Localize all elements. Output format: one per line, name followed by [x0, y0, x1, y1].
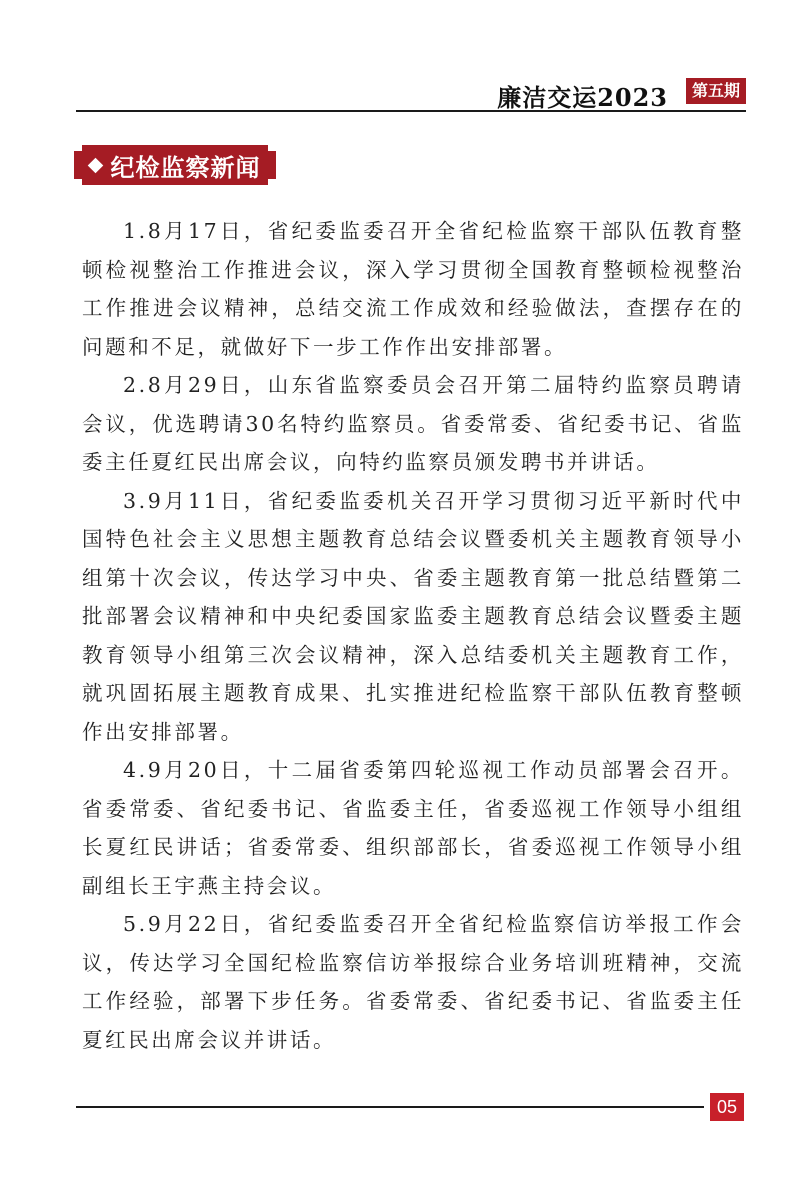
news-item: 3.9月11日，省纪委监委机关召开学习贯彻习近平新时代中国特色社会主义思想主题教…: [82, 482, 744, 752]
news-item: 4.9月20日，十二届省委第四轮巡视工作动员部署会召开。省委常委、省纪委书记、省…: [82, 751, 744, 905]
section-title: 纪检监察新闻: [111, 148, 261, 183]
news-item: 5.9月22日，省纪委监委召开全省纪检监察信访举报工作会议，传达学习全国纪检监察…: [82, 905, 744, 1059]
page-number: 05: [710, 1093, 744, 1121]
footer-divider: [76, 1106, 704, 1108]
magazine-title: 廉洁交运2023: [497, 78, 668, 113]
news-item: 2.8月29日，山东省监察委员会召开第二届特约监察员聘请会议，优选聘请30名特约…: [82, 366, 744, 482]
section-banner: 纪检监察新闻: [74, 145, 276, 185]
news-item: 1.8月17日，省纪委监委召开全省纪检监察干部队伍教育整顿检视整治工作推进会议，…: [82, 212, 744, 366]
news-list: 1.8月17日，省纪委监委召开全省纪检监察干部队伍教育整顿检视整治工作推进会议，…: [82, 212, 744, 1059]
page-header: 廉洁交运2023 第五期: [76, 68, 746, 112]
diamond-icon: [87, 157, 103, 173]
header-divider: [76, 110, 746, 112]
issue-badge: 第五期: [686, 78, 746, 104]
